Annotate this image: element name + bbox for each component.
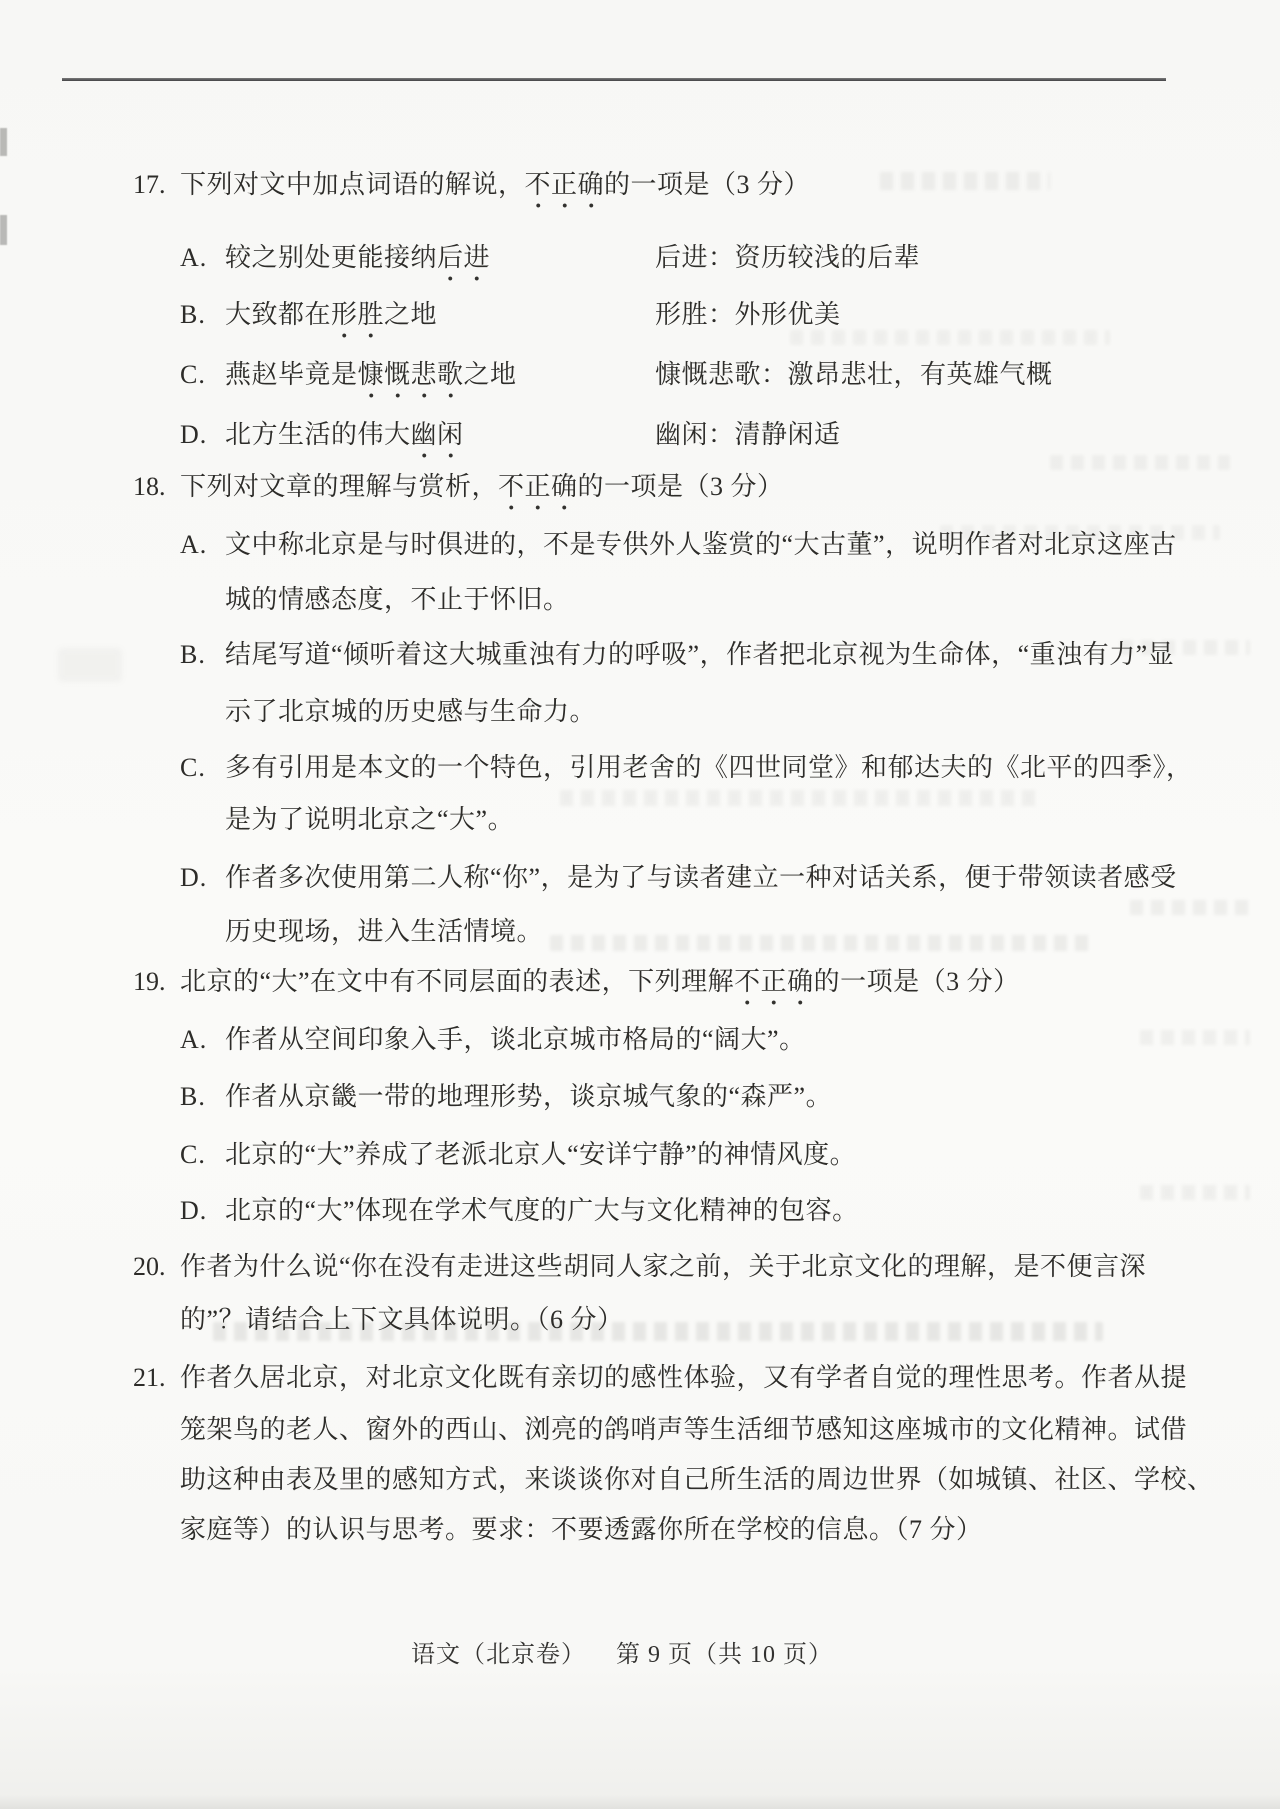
question-19-option-d: D. 北京的“大”体现在学术气度的广大与文化精神的包容。: [133, 1194, 1250, 1228]
stem-emphasized: 不正确: [734, 967, 814, 1006]
question-18-stem: 18. 下列对文章的理解与赏析，不正确的一项是（3 分）: [133, 470, 1250, 504]
stem-text: 下列对文章的理解与赏析，不正确的一项是（3 分）: [180, 470, 784, 504]
stem-post: 的一项是（3 分）: [604, 170, 810, 199]
option-label: C.: [180, 358, 225, 392]
option-text: 较之别处更能接纳后进: [225, 241, 490, 275]
option-emphasized: 慷慨悲歌: [358, 360, 464, 399]
question-17-stem: 17. 下列对文中加点词语的解说，不正确的一项是（3 分）: [133, 168, 1250, 202]
question-number: 18.: [133, 470, 180, 504]
option-pre: 大致都在: [225, 300, 331, 329]
option-label: B.: [180, 298, 225, 332]
stem-text: 下列对文中加点词语的解说，不正确的一项是（3 分）: [180, 168, 810, 202]
scan-artifact: [0, 128, 7, 156]
option-text-line1: 文中称北京是与时俱进的，不是专供外人鉴赏的“大古董”，说明作者对北京这座古: [225, 528, 1177, 562]
exam-page: 17. 下列对文中加点词语的解说，不正确的一项是（3 分） A. 较之别处更能接…: [0, 0, 1280, 1809]
question-18-option-a-continued: 城的情感态度，不止于怀旧。: [133, 583, 1250, 617]
question-18-option-d-continued: 历史现场，进入生活情境。: [133, 915, 1250, 949]
question-number: 19.: [133, 965, 180, 999]
question-21-continued: 笼架鸟的老人、窗外的西山、浏亮的鸽哨声等生活细节感知这座城市的文化精神。试借: [133, 1413, 1250, 1447]
option-text-line2: 是为了说明北京之“大”。: [225, 803, 514, 837]
footer-page-indicator: 第 9 页（共 10 页）: [616, 1640, 833, 1670]
option-text-line2: 示了北京城的历史感与生命力。: [225, 695, 596, 729]
option-text: 燕赵毕竟是慷慨悲歌之地: [225, 358, 517, 392]
option-label: A.: [180, 528, 225, 562]
question-19-option-c: C. 北京的“大”养成了老派北京人“安详宁静”的神情风度。: [133, 1138, 1250, 1172]
question-number: 17.: [133, 168, 180, 202]
option-pre: 较之别处更能接纳: [225, 243, 437, 272]
option-label: C.: [180, 751, 225, 785]
option-text: 大致都在形胜之地: [225, 298, 437, 332]
option-text: 作者从空间印象入手，谈北京城市格局的“阔大”。: [225, 1023, 806, 1057]
question-20-continued: 的”？请结合上下文具体说明。（6 分）: [133, 1303, 1250, 1337]
option-post: 之地: [464, 360, 517, 389]
option-label: C.: [180, 1138, 225, 1172]
question-18-option-a: A. 文中称北京是与时俱进的，不是专供外人鉴赏的“大古董”，说明作者对北京这座古: [133, 528, 1250, 562]
question-number: 21.: [133, 1361, 180, 1395]
option-text-line2: 历史现场，进入生活情境。: [225, 915, 543, 949]
option-emphasized: 形胜: [331, 300, 384, 339]
stem-text: 北京的“大”在文中有不同层面的表述，下列理解不正确的一项是（3 分）: [180, 965, 1020, 999]
option-label: A.: [180, 1023, 225, 1057]
header-rule: [62, 78, 1166, 81]
question-18-option-b: B. 结尾写道“倾听着这大城重浊有力的呼吸”，作者把北京视为生命体，“重浊有力”…: [133, 638, 1250, 672]
question-17-option-d: D. 北方生活的伟大幽闲 幽闲：清静闲适: [133, 418, 1250, 452]
questions-area: 17. 下列对文中加点词语的解说，不正确的一项是（3 分） A. 较之别处更能接…: [133, 168, 1250, 1547]
question-20-stem: 20. 作者为什么说“你在没有走进这些胡同人家之前，关于北京文化的理解，是不便言…: [133, 1250, 1250, 1284]
option-text-line1: 结尾写道“倾听着这大城重浊有力的呼吸”，作者把北京视为生命体，“重浊有力”显: [225, 638, 1174, 672]
stem-pre: 下列对文章的理解与赏析，: [180, 472, 498, 501]
question-18-option-c-continued: 是为了说明北京之“大”。: [133, 803, 1250, 837]
option-emphasized: 后进: [437, 243, 490, 282]
stem-emphasized: 不正确: [498, 472, 578, 511]
stem-emphasized: 不正确: [525, 170, 605, 209]
question-18-option-d: D. 作者多次使用第二人称“你”，是为了与读者建立一种对话关系，便于带领读者感受: [133, 861, 1250, 895]
option-text-line2: 城的情感态度，不止于怀旧。: [225, 583, 570, 617]
question-text-line2: 的”？请结合上下文具体说明。（6 分）: [180, 1303, 624, 1337]
scan-page-edge: [0, 1795, 1280, 1809]
option-text: 北方生活的伟大幽闲: [225, 418, 464, 452]
option-pre: 北方生活的伟大: [225, 420, 411, 449]
option-label: B.: [180, 1080, 225, 1114]
question-text-line4: 家庭等）的认识与思考。要求：不要透露你所在学校的信息。（7 分）: [180, 1513, 983, 1547]
gloss-definition: 慷慨悲歌：激昂悲壮，有英雄气概: [655, 358, 1053, 392]
question-18-option-c: C. 多有引用是本文的一个特色，引用老舍的《四世同堂》和郁达夫的《北平的四季》，: [133, 751, 1250, 785]
question-19-option-a: A. 作者从空间印象入手，谈北京城市格局的“阔大”。: [133, 1023, 1250, 1057]
scan-artifact: [0, 215, 7, 245]
gloss-definition: 后进：资历较浅的后辈: [655, 241, 920, 275]
page-footer: 语文（北京卷） 第 9 页（共 10 页）: [0, 1640, 1262, 1670]
question-19-stem: 19. 北京的“大”在文中有不同层面的表述，下列理解不正确的一项是（3 分）: [133, 965, 1250, 999]
question-18-option-b-continued: 示了北京城的历史感与生命力。: [133, 695, 1250, 729]
option-text: 作者从京畿一带的地理形势，谈京城气象的“森严”。: [225, 1080, 832, 1114]
gloss-definition: 幽闲：清静闲适: [655, 418, 841, 452]
option-post: 之地: [384, 300, 437, 329]
option-text: 北京的“大”养成了老派北京人“安详宁静”的神情风度。: [225, 1138, 856, 1172]
question-21-continued: 家庭等）的认识与思考。要求：不要透露你所在学校的信息。（7 分）: [133, 1513, 1250, 1547]
option-text-line1: 作者多次使用第二人称“你”，是为了与读者建立一种对话关系，便于带领读者感受: [225, 861, 1177, 895]
stem-post: 的一项是（3 分）: [814, 967, 1020, 996]
stem-post: 的一项是（3 分）: [578, 472, 784, 501]
question-text-line1: 作者久居北京，对北京文化既有亲切的感性体验，又有学者自觉的理性思考。作者从提: [180, 1361, 1187, 1395]
gloss-definition: 形胜：外形优美: [655, 298, 841, 332]
option-pre: 燕赵毕竟是: [225, 360, 358, 389]
option-label: D.: [180, 861, 225, 895]
question-21-stem: 21. 作者久居北京，对北京文化既有亲切的感性体验，又有学者自觉的理性思考。作者…: [133, 1361, 1250, 1395]
question-17-option-c: C. 燕赵毕竟是慷慨悲歌之地 慷慨悲歌：激昂悲壮，有英雄气概: [133, 358, 1250, 392]
stem-pre: 北京的“大”在文中有不同层面的表述，下列理解: [180, 967, 734, 996]
question-19-option-b: B. 作者从京畿一带的地理形势，谈京城气象的“森严”。: [133, 1080, 1250, 1114]
scan-artifact: [58, 648, 122, 682]
option-label: B.: [180, 638, 225, 672]
question-text-line2: 笼架鸟的老人、窗外的西山、浏亮的鸽哨声等生活细节感知这座城市的文化精神。试借: [180, 1413, 1187, 1447]
question-17-option-a: A. 较之别处更能接纳后进 后进：资历较浅的后辈: [133, 241, 1250, 275]
question-21-continued: 助这种由表及里的感知方式，来谈谈你对自己所生活的周边世界（如城镇、社区、学校、: [133, 1463, 1250, 1497]
question-text-line3: 助这种由表及里的感知方式，来谈谈你对自己所生活的周边世界（如城镇、社区、学校、: [180, 1463, 1214, 1497]
footer-exam-title: 语文（北京卷）: [411, 1640, 586, 1670]
option-label: A.: [180, 241, 225, 275]
footer-spacer: [586, 1640, 616, 1670]
option-emphasized: 幽闲: [411, 420, 464, 459]
option-label: D.: [180, 1194, 225, 1228]
question-number: 20.: [133, 1250, 180, 1284]
option-text-line1: 多有引用是本文的一个特色，引用老舍的《四世同堂》和郁达夫的《北平的四季》，: [225, 751, 1193, 785]
option-text: 北京的“大”体现在学术气度的广大与文化精神的包容。: [225, 1194, 859, 1228]
option-label: D.: [180, 418, 225, 452]
stem-pre: 下列对文中加点词语的解说，: [180, 170, 525, 199]
question-text-line1: 作者为什么说“你在没有走进这些胡同人家之前，关于北京文化的理解，是不便言深: [180, 1250, 1146, 1284]
question-17-option-b: B. 大致都在形胜之地 形胜：外形优美: [133, 298, 1250, 332]
